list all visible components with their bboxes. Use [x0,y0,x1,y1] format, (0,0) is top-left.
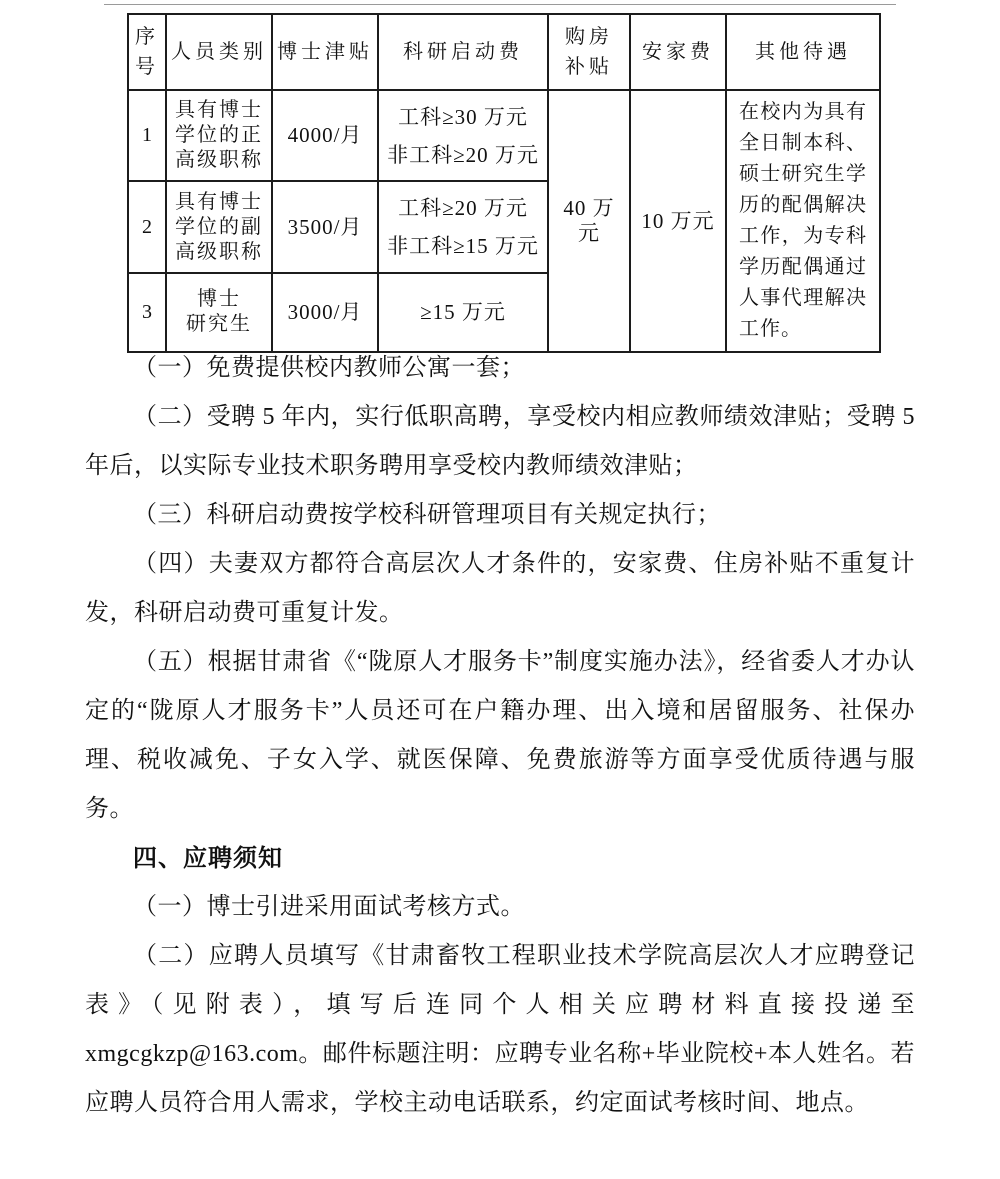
table-row: 1 具有博士 学位的正 高级职称 4000/月 工科≥30 万元 非工科≥20 … [128,90,880,181]
section-heading: 四、应聘须知 [85,834,915,883]
header-other-benefits: 其他待遇 [726,14,880,90]
document-body: （一）免费提供校内教师公寓一套； （二）受聘 5 年内，实行低职高聘，享受校内相… [85,344,915,1128]
row1-category: 具有博士 学位的正 高级职称 [166,90,272,181]
housing-subsidy-value: 40 万元 [548,90,630,352]
row3-allowance: 3000/月 [272,273,378,352]
row1-seq: 1 [128,90,166,181]
row1-allowance: 4000/月 [272,90,378,181]
row2-allowance: 3500/月 [272,181,378,272]
notice-item-2: （二）应聘人员填写《甘肃畜牧工程职业技术学院高层次人才应聘登记表》（见附表），填… [85,932,915,1128]
row2-seq: 2 [128,181,166,272]
header-research-fund: 科研启动费 [378,14,548,90]
benefit-item-5: （五）根据甘肃省《“陇原人才服务卡”制度实施办法》，经省委人才办认定的“陇原人才… [85,638,915,834]
row2-category: 具有博士 学位的副 高级职称 [166,181,272,272]
header-allowance: 博士津贴 [272,14,378,90]
table-header-row: 序 号 人员类别 博士津贴 科研启动费 购房 补贴 安家费 其他待遇 [128,14,880,90]
header-housing-subsidy: 购房 补贴 [548,14,630,90]
page-top-rule [104,4,896,5]
row3-seq: 3 [128,273,166,352]
row1-research-fund: 工科≥30 万元 非工科≥20 万元 [378,90,548,181]
document-page: 序 号 人员类别 博士津贴 科研启动费 购房 补贴 安家费 其他待遇 1 具有博… [0,0,1000,1179]
benefit-item-1: （一）免费提供校内教师公寓一套； [85,344,915,393]
row3-category: 博士 研究生 [166,273,272,352]
benefit-item-3: （三）科研启动费按学校科研管理项目有关规定执行； [85,491,915,540]
other-benefits-text: 在校内为具有全日制本科、硕士研究生学历的配偶解决工作，为专科学历配偶通过人事代理… [726,90,880,352]
benefit-item-4: （四）夫妻双方都符合高层次人才条件的，安家费、住房补贴不重复计发，科研启动费可重… [85,540,915,638]
header-seq: 序 号 [128,14,166,90]
settling-fee-value: 10 万元 [630,90,726,352]
row3-research-fund: ≥15 万元 [378,273,548,352]
header-category: 人员类别 [166,14,272,90]
benefits-table: 序 号 人员类别 博士津贴 科研启动费 购房 补贴 安家费 其他待遇 1 具有博… [127,13,881,353]
notice-item-1: （一）博士引进采用面试考核方式。 [85,883,915,932]
benefit-item-2: （二）受聘 5 年内，实行低职高聘，享受校内相应教师绩效津贴；受聘 5 年后，以… [85,393,915,491]
header-settling-fee: 安家费 [630,14,726,90]
row2-research-fund: 工科≥20 万元 非工科≥15 万元 [378,181,548,272]
